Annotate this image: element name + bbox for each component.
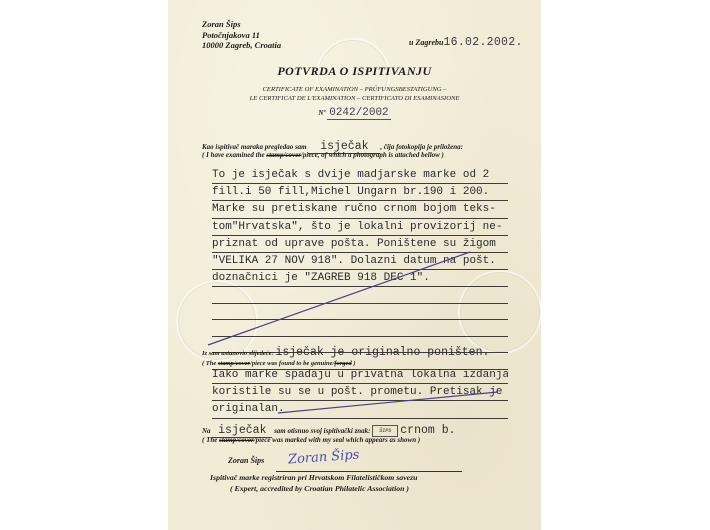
strike-through-lines <box>168 0 541 530</box>
certificate-paper: Zoran Šips Potočnjakova 11 10000 Zagreb,… <box>168 0 541 530</box>
